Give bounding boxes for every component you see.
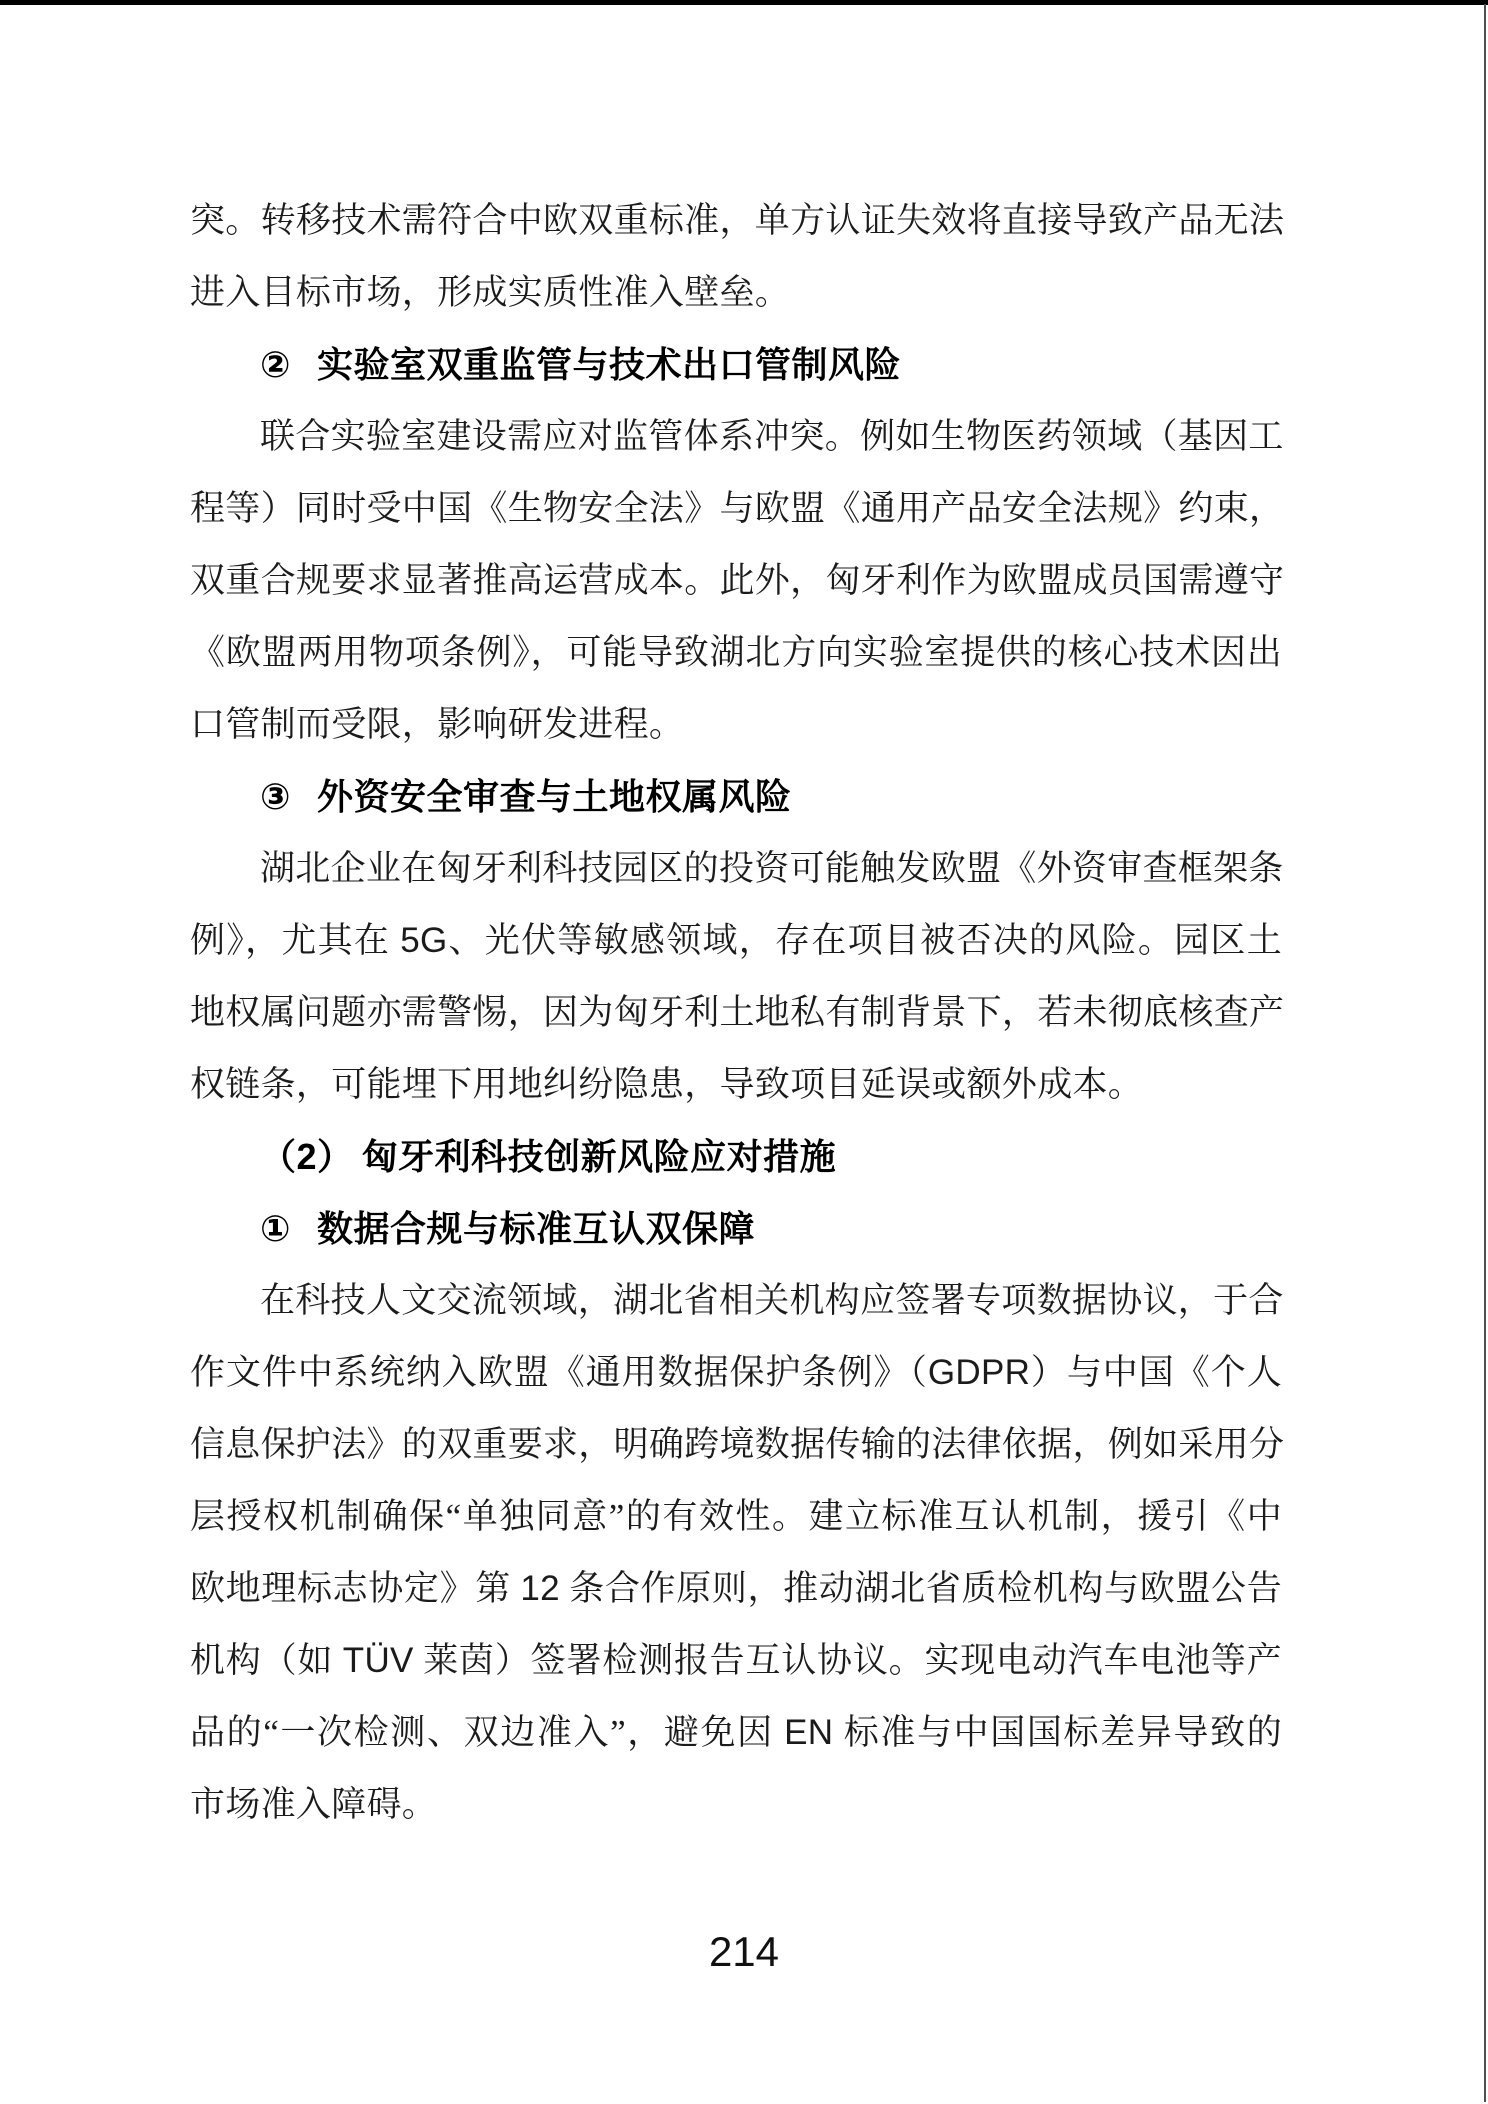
page-number: 214	[0, 1930, 1488, 1974]
text-line: 程等）同时受中国《生物安全法》与欧盟《通用产品安全法规》约束，	[190, 473, 1282, 545]
text-line: 湖北企业在匈牙利科技园区的投资可能触发欧盟《外资审查框架条	[190, 833, 1282, 905]
text-line: 作文件中系统纳入欧盟《通用数据保护条例》（GDPR）与中国《个人	[190, 1337, 1282, 1409]
heading-marker: ②	[260, 344, 291, 385]
text-line: 在科技人文交流领域，湖北省相关机构应签署专项数据协议，于合	[190, 1265, 1282, 1337]
latin-text: 5G	[400, 921, 447, 960]
text-line: 例》，尤其在 5G、光伏等敏感领域，存在项目被否决的风险。园区土	[190, 905, 1282, 977]
heading-text: 数据合规与标准互认双保障	[317, 1208, 755, 1249]
text-line: 品的“一次检测、双边准入”，避免因 EN 标准与中国国标差异导致的	[190, 1697, 1282, 1769]
latin-text: 2	[297, 1136, 318, 1177]
text-line: 突。转移技术需符合中欧双重标准，单方认证失效将直接导致产品无法	[190, 185, 1282, 257]
text-line: 口管制而受限，影响研发进程。	[190, 689, 1282, 761]
latin-text: EN	[784, 1713, 833, 1752]
heading-text: 实验室双重监管与技术出口管制风险	[317, 344, 901, 385]
heading-text: 外资安全审查与土地权属风险	[317, 776, 792, 817]
text-line: 层授权机制确保“单独同意”的有效性。建立标准互认机制，援引《中	[190, 1481, 1282, 1553]
text-line: 机构（如 TÜV 莱茵）签署检测报告互认协议。实现电动汽车电池等产	[190, 1625, 1282, 1697]
text-line: 《欧盟两用物项条例》，可能导致湖北方向实验室提供的核心技术因出	[190, 617, 1282, 689]
scan-edge-top	[0, 0, 1488, 5]
scan-edge-right	[1484, 4, 1486, 2102]
text-line: 欧地理标志协定》第 12 条合作原则，推动湖北省质检机构与欧盟公告	[190, 1553, 1282, 1625]
heading-marker: ③	[260, 776, 291, 817]
text-line: 联合实验室建设需应对监管体系冲突。例如生物医药领域（基因工	[190, 401, 1282, 473]
text-line: 权链条，可能埋下用地纠纷隐患，导致项目延误或额外成本。	[190, 1049, 1282, 1121]
latin-text: GDPR	[928, 1353, 1030, 1392]
text-line: 双重合规要求显著推高运营成本。此外，匈牙利作为欧盟成员国需遵守	[190, 545, 1282, 617]
heading-foreign-investment-risk: ③外资安全审查与土地权属风险	[190, 761, 1282, 833]
heading-data-compliance: ①数据合规与标准互认双保障	[190, 1193, 1282, 1265]
heading-marker: （2）	[260, 1136, 354, 1177]
heading-marker: ①	[260, 1208, 291, 1249]
page-body-text: 突。转移技术需符合中欧双重标准，单方认证失效将直接导致产品无法 进入目标市场，形…	[190, 185, 1282, 1841]
heading-text: 匈牙利科技创新风险应对措施	[362, 1136, 837, 1177]
latin-text: TÜV	[343, 1641, 414, 1680]
text-line: 市场准入障碍。	[190, 1769, 1282, 1841]
heading-risk-response-measures: （2）匈牙利科技创新风险应对措施	[190, 1121, 1282, 1193]
text-line: 进入目标市场，形成实质性准入壁垒。	[190, 257, 1282, 329]
latin-text: 12	[520, 1569, 560, 1608]
document-page: 突。转移技术需符合中欧双重标准，单方认证失效将直接导致产品无法 进入目标市场，形…	[0, 0, 1488, 2104]
heading-lab-supervision-risk: ②实验室双重监管与技术出口管制风险	[190, 329, 1282, 401]
text-line: 地权属问题亦需警惕，因为匈牙利土地私有制背景下，若未彻底核查产	[190, 977, 1282, 1049]
text-line: 信息保护法》的双重要求，明确跨境数据传输的法律依据，例如采用分	[190, 1409, 1282, 1481]
